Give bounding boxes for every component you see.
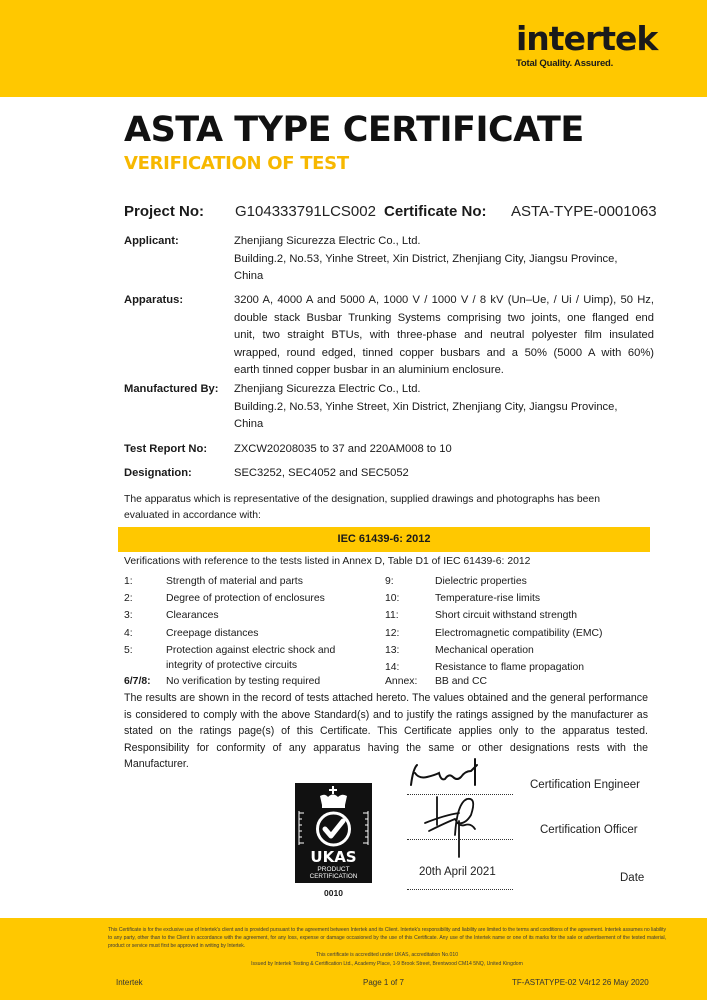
logo-wordmark: intertek <box>516 22 666 56</box>
apparatus-line: earth tinned copper busbar in an alumini… <box>234 362 654 380</box>
manufacturer-line: China <box>234 416 654 434</box>
test-name: Creepage distances <box>166 625 258 642</box>
evaluation-intro: The apparatus which is representative of… <box>124 492 644 524</box>
engineer-role: Certification Engineer <box>530 779 640 791</box>
intertek-logo: intertek Total Quality. Assured. <box>516 22 666 69</box>
apparatus-line: 3200 A, 4000 A and 5000 A, 1000 V / 1000… <box>234 292 654 310</box>
designation-label: Designation: <box>124 465 192 483</box>
apparatus-line: wrapped, round edged, tinned copper busb… <box>234 345 654 363</box>
test-name: Resistance to flame propagation <box>435 659 584 676</box>
annex-label: Annex: <box>385 676 417 687</box>
test-number: 4: <box>124 625 133 642</box>
ukas-name: UKAS <box>310 848 356 866</box>
annex-value: BB and CC <box>435 676 487 687</box>
certificate-number: ASTA-TYPE-0001063 <box>511 203 657 220</box>
ukas-line1: PRODUCT <box>317 866 349 873</box>
date-line <box>407 889 513 890</box>
applicant-line: China <box>234 268 654 286</box>
manufacturer-value: Zhenjiang Sicurezza Electric Co., Ltd. B… <box>234 381 654 434</box>
manufacturer-label: Manufactured By: <box>124 381 218 399</box>
date-label: Date <box>620 872 644 884</box>
test-name: Dielectric properties <box>435 573 527 590</box>
test-name: Mechanical operation <box>435 642 534 659</box>
project-label: Project No: <box>124 203 204 220</box>
test-name: Clearances <box>166 607 219 624</box>
applicant-value: Zhenjiang Sicurezza Electric Co., Ltd. B… <box>234 233 654 286</box>
test-name: No verification by testing required <box>166 676 320 687</box>
apparatus-label: Apparatus: <box>124 292 183 310</box>
certificate-label: Certificate No: <box>384 203 487 220</box>
page-subtitle: VERIFICATION OF TEST <box>124 153 349 174</box>
footer-disclaimer: This Certificate is for the exclusive us… <box>108 927 666 950</box>
project-number: G104333791LCS002 <box>235 203 376 220</box>
results-statement: The results are shown in the record of t… <box>124 690 648 773</box>
signature-officer-icon <box>415 795 505 865</box>
verifications-heading: Verifications with reference to the test… <box>124 556 530 567</box>
ukas-crown-check-icon: UKAS PRODUCT CERTIFICATION <box>295 783 372 883</box>
test-number: 11: <box>385 607 399 624</box>
test-name: Protection against electric shock and in… <box>166 643 335 673</box>
test-number: 5: <box>124 643 133 658</box>
test-number: 13: <box>385 642 399 659</box>
test-number: 2: <box>124 590 133 607</box>
standard-banner: IEC 61439-6: 2012 <box>118 527 650 552</box>
test-name: Degree of protection of enclosures <box>166 590 325 607</box>
test-number: 14: <box>385 659 399 676</box>
footer-issued-by: Issued by Intertek Testing & Certificati… <box>108 961 666 969</box>
test-name-line: integrity of protective circuits <box>166 660 297 671</box>
ukas-accreditation-code: 0010 <box>295 888 372 898</box>
test-report-label: Test Report No: <box>124 441 207 459</box>
engineer-signature-line <box>407 794 513 795</box>
apparatus-value: 3200 A, 4000 A and 5000 A, 1000 V / 1000… <box>234 292 654 380</box>
applicant-label: Applicant: <box>124 233 179 251</box>
logo-tagline: Total Quality. Assured. <box>516 58 666 69</box>
test-name: Strength of material and parts <box>166 573 303 590</box>
manufacturer-line: Zhenjiang Sicurezza Electric Co., Ltd. <box>234 381 654 399</box>
applicant-line: Zhenjiang Sicurezza Electric Co., Ltd. <box>234 233 654 251</box>
officer-role: Certification Officer <box>540 824 638 836</box>
officer-signature-line <box>407 839 513 840</box>
footer-company: Intertek <box>116 978 143 987</box>
test-name-line: Protection against electric shock and <box>166 645 335 656</box>
test-name: Temperature-rise limits <box>435 590 540 607</box>
ukas-mark: UKAS PRODUCT CERTIFICATION <box>295 783 372 883</box>
test-name: Short circuit withstand strength <box>435 607 577 624</box>
test-number: 6/7/8: <box>124 676 151 687</box>
footer-accreditation: This certificate is accredited under UKA… <box>108 952 666 960</box>
manufacturer-line: Building.2, No.53, Yinhe Street, Xin Dis… <box>234 399 654 417</box>
test-number: 1: <box>124 573 133 590</box>
ukas-line2: CERTIFICATION <box>310 873 358 880</box>
test-number: 3: <box>124 607 133 624</box>
issue-date: 20th April 2021 <box>419 866 496 878</box>
apparatus-line: double stack Busbar Trunking Systems com… <box>234 310 654 328</box>
footer-page-number: Page 1 of 7 <box>363 978 404 987</box>
applicant-line: Building.2, No.53, Yinhe Street, Xin Dis… <box>234 251 654 269</box>
page-title: ASTA TYPE CERTIFICATE <box>124 110 584 150</box>
test-number: 10: <box>385 590 399 607</box>
designation-value: SEC3252, SEC4052 and SEC5052 <box>234 465 654 483</box>
test-number: 9: <box>385 573 394 590</box>
footer-form-reference: TF-ASTATYPE-02 V4r12 26 May 2020 <box>512 978 649 987</box>
test-number: 12: <box>385 625 399 642</box>
test-name: Electromagnetic compatibility (EMC) <box>435 625 602 642</box>
apparatus-line: unit, two straight BTUs, with three-phas… <box>234 327 654 345</box>
test-report-value: ZXCW20208035 to 37 and 220AM008 to 10 <box>234 441 654 459</box>
